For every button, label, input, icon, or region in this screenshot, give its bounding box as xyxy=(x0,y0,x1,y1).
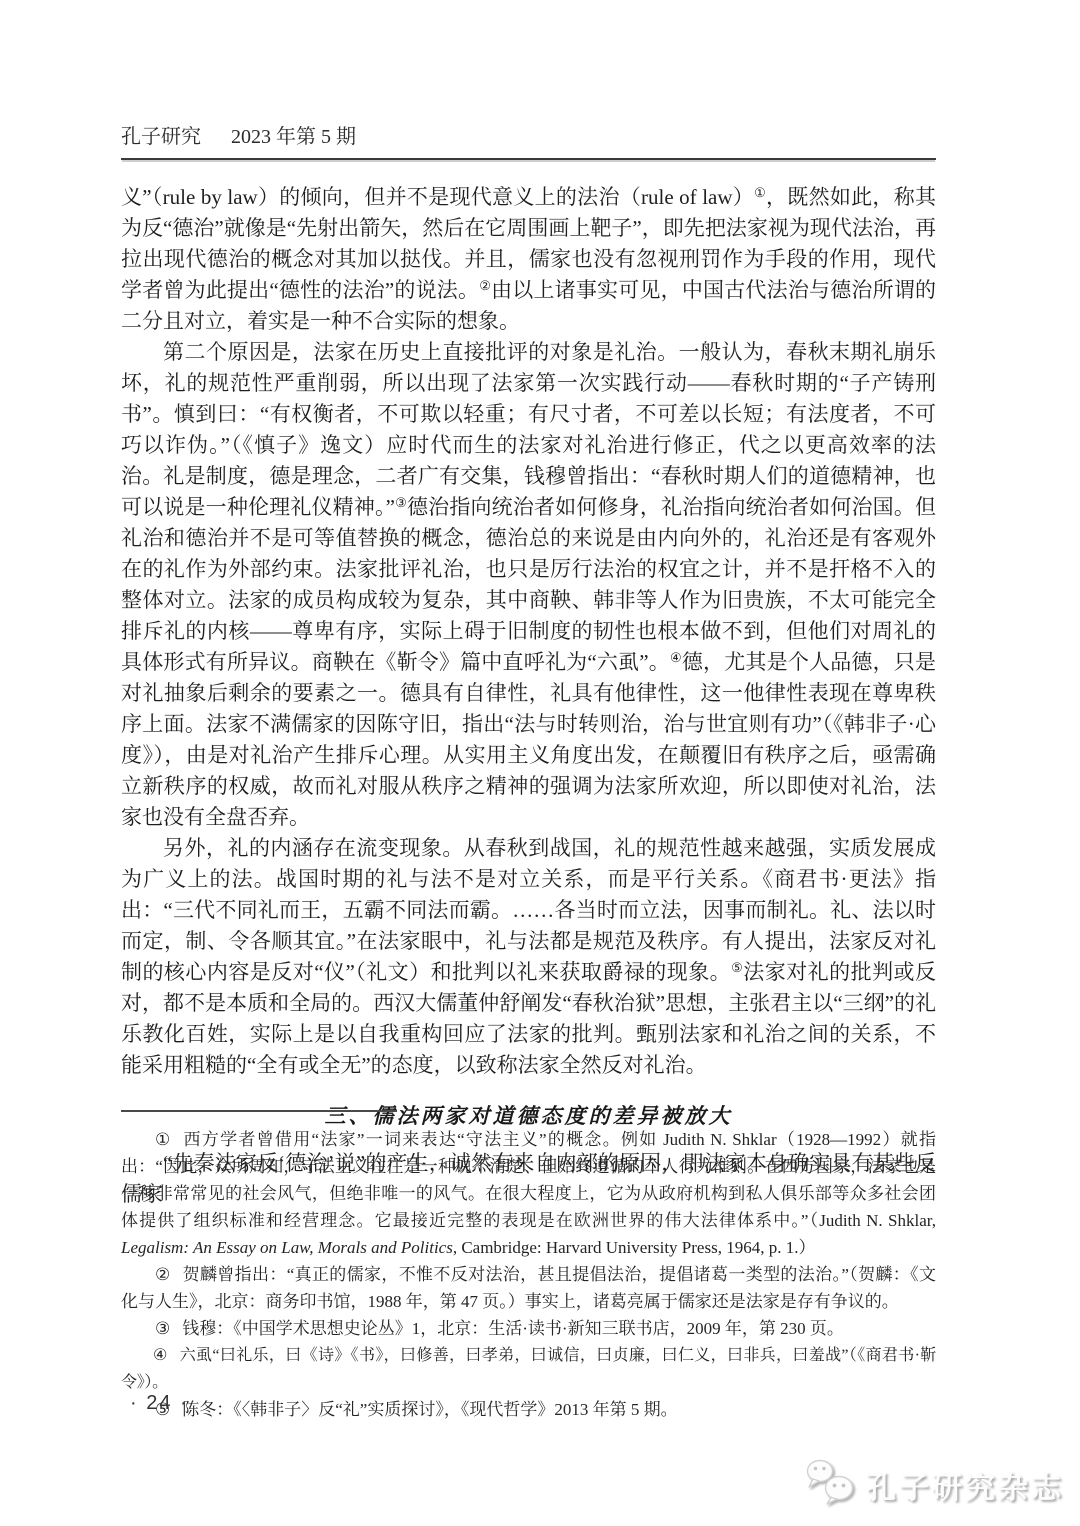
footnote-2: ②贺麟曾指出：“真正的儒家，不惟不反对法治，甚且提倡法治，提倡诸葛一类型的法治。… xyxy=(121,1261,936,1315)
body-paragraph: 第二个原因是，法家在历史上直接批评的对象是礼治。一般认为，春秋末期礼崩乐坏，礼的… xyxy=(121,337,936,833)
footnote-text: , Cambridge: Harvard University Press, 1… xyxy=(453,1238,816,1257)
footnote-1: ①西方学者曾借用“法家”一词来表达“守法主义”的概念。例如 Judith N. … xyxy=(121,1126,936,1261)
footnote-ref-1: ① xyxy=(754,185,766,200)
page-header: 孔子研究2023 年第 5 期 xyxy=(121,120,936,160)
footnote-book-title: Legalism: An Essay on Law, Morals and Po… xyxy=(121,1238,453,1257)
footnote-5: ⑤陈冬：《〈韩非子〉反“礼”实质探讨》，《现代哲学》2013 年第 5 期。 xyxy=(121,1396,936,1423)
footnote-text: 陈冬：《〈韩非子〉反“礼”实质探讨》，《现代哲学》2013 年第 5 期。 xyxy=(182,1400,677,1419)
journal-page: 孔子研究2023 年第 5 期 义”（rule by law）的倾向，但并不是现… xyxy=(0,0,1080,1526)
footnote-marker: ④ xyxy=(153,1347,168,1364)
footnote-ref-5: ⑤ xyxy=(731,960,743,975)
watermark-label: 孔子研究杂志 xyxy=(866,1463,1064,1507)
issue-label: 2023 年第 5 期 xyxy=(231,126,356,148)
footnote-text: 贺麟曾指出：“真正的儒家，不惟不反对法治，甚且提倡法治，提倡诸葛一类型的法治。”… xyxy=(121,1265,936,1311)
body-paragraph: 义”（rule by law）的倾向，但并不是现代意义上的法治（rule of … xyxy=(121,182,936,337)
footnote-ref-2: ② xyxy=(479,278,491,293)
body-paragraph: 另外，礼的内涵存在流变现象。从春秋到战国，礼的规范性越来越强，实质发展成为广义上… xyxy=(121,833,936,1081)
footnote-text: 六虱“曰礼乐，曰《诗》《书》，曰修善，曰孝弟，曰诚信，曰贞廉，曰仁义，曰非兵，曰… xyxy=(121,1347,936,1391)
footnote-marker: ② xyxy=(155,1265,171,1284)
footnote-ref-3: ③ xyxy=(395,495,407,510)
paragraph-text: 第二个原因是，法家在历史上直接批评的对象是礼治。一般认为，春秋末期礼崩乐坏，礼的… xyxy=(121,340,936,519)
footnote-text: 钱穆：《中国学术思想史论丛》1，北京：生活·读书·新知三联书店，2009 年，第… xyxy=(182,1319,844,1338)
footnote-3: ③钱穆：《中国学术思想史论丛》1，北京：生活·读书·新知三联书店，2009 年，… xyxy=(121,1315,936,1342)
footnote-separator xyxy=(121,1110,397,1112)
footnote-ref-4: ④ xyxy=(670,650,682,665)
wechat-watermark: 孔子研究杂志 xyxy=(804,1458,1064,1511)
journal-title: 孔子研究 xyxy=(121,126,201,148)
wechat-icon xyxy=(804,1458,858,1511)
paragraph-text: 德，尤其是个人品德，只是对礼抽象后剩余的要素之一。德具有自律性，礼具有他律性，这… xyxy=(121,650,936,829)
footnote-marker: ③ xyxy=(155,1319,170,1338)
article-body: 义”（rule by law）的倾向，但并不是现代意义上的法治（rule of … xyxy=(121,182,936,1210)
page-number: · 24 · xyxy=(130,1392,189,1415)
footnotes-section: ①西方学者曾借用“法家”一词来表达“守法主义”的概念。例如 Judith N. … xyxy=(121,1126,936,1423)
footnote-4: ④六虱“曰礼乐，曰《诗》《书》，曰修善，曰孝弟，曰诚信，曰贞廉，曰仁义，曰非兵，… xyxy=(121,1342,936,1396)
footnote-marker: ① xyxy=(155,1130,172,1149)
paragraph-text: 德治指向统治者如何修身，礼治指向统治者如何治国。但礼治和德治并不是可等值替换的概… xyxy=(121,495,936,674)
footnote-text: 西方学者曾借用“法家”一词来表达“守法主义”的概念。例如 Judith N. S… xyxy=(121,1130,936,1230)
paragraph-text: 义”（rule by law）的倾向，但并不是现代意义上的法治（rule of … xyxy=(121,185,754,209)
